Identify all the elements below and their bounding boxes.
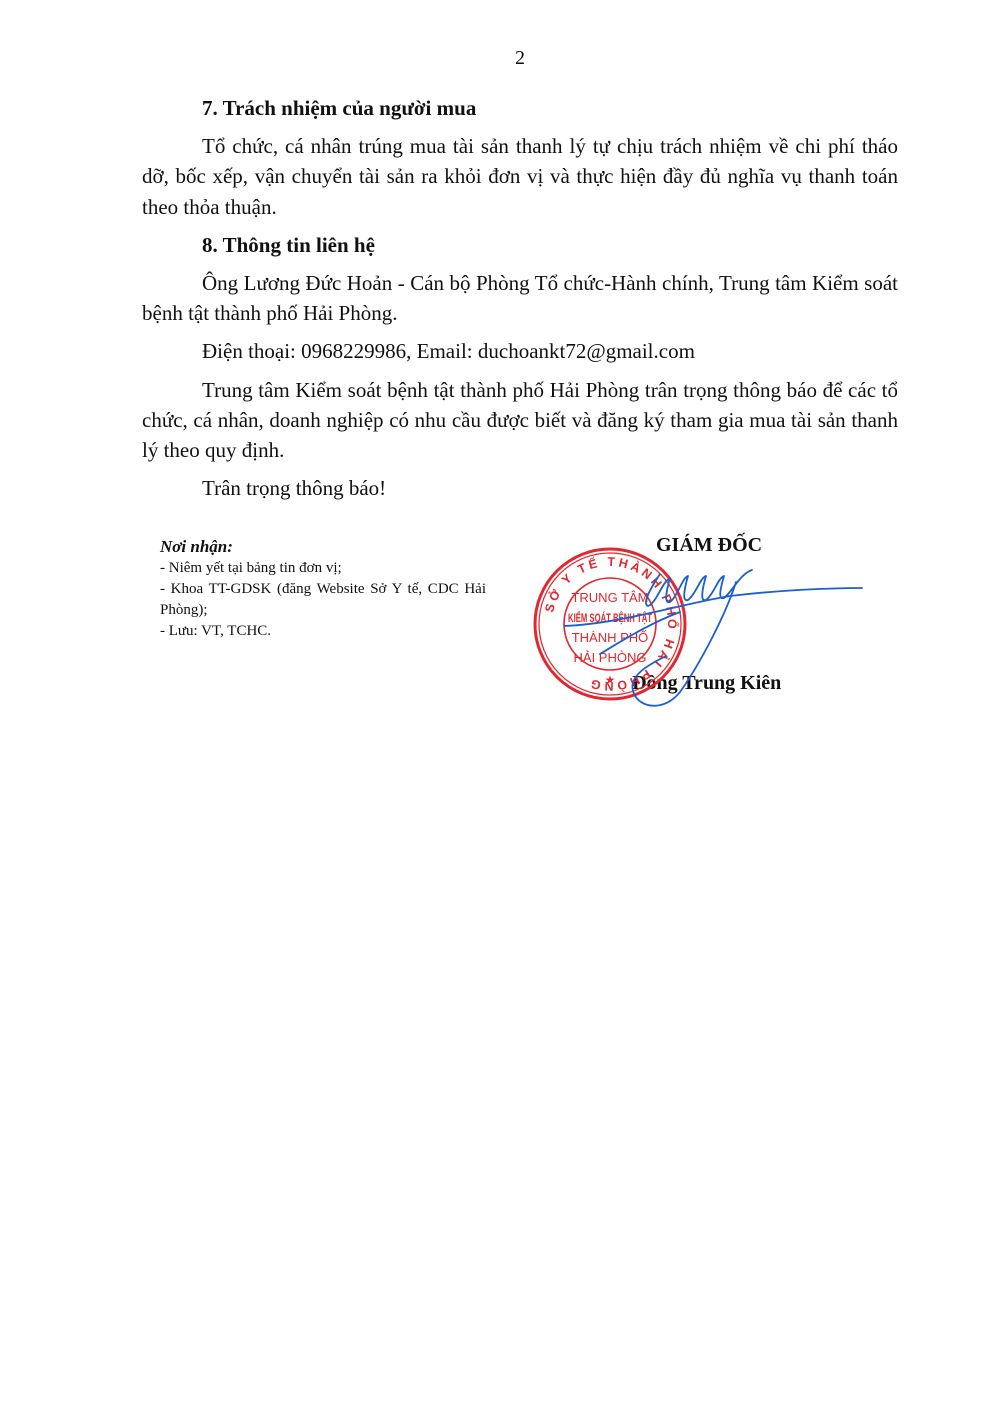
- contact-person-paragraph: Ông Lương Đức Hoản - Cán bộ Phòng Tổ chứ…: [142, 268, 898, 328]
- recipient-item: - Khoa TT-GDSK (đăng Website Sở Y tế, CD…: [160, 579, 486, 621]
- signature-block: GIÁM ĐỐC Đồng Trung Kiên SỞ Y TẾ THÀNH P…: [530, 534, 890, 714]
- section-8-heading: 8. Thông tin liên hệ: [142, 230, 898, 260]
- recipients-title: Nơi nhận:: [160, 536, 486, 558]
- recipient-item: - Niêm yết tại bảng tin đơn vị;: [160, 558, 486, 579]
- section-7-paragraph: Tổ chức, cá nhân trúng mua tài sản thanh…: [142, 131, 898, 222]
- recipients-block: Nơi nhận: - Niêm yết tại bảng tin đơn vị…: [160, 536, 486, 642]
- section-7-heading: 7. Trách nhiệm của người mua: [142, 93, 898, 123]
- page-number: 2: [0, 47, 993, 70]
- handwritten-signature-icon: [530, 534, 890, 714]
- closing-regards: Trân trọng thông báo!: [142, 473, 898, 503]
- document-body: 7. Trách nhiệm của người mua Tổ chức, cá…: [142, 93, 898, 511]
- closing-paragraph: Trung tâm Kiểm soát bệnh tật thành phố H…: [142, 375, 898, 466]
- recipient-item: - Lưu: VT, TCHC.: [160, 621, 486, 642]
- contact-phone-email: Điện thoại: 0968229986, Email: duchoankt…: [142, 336, 898, 366]
